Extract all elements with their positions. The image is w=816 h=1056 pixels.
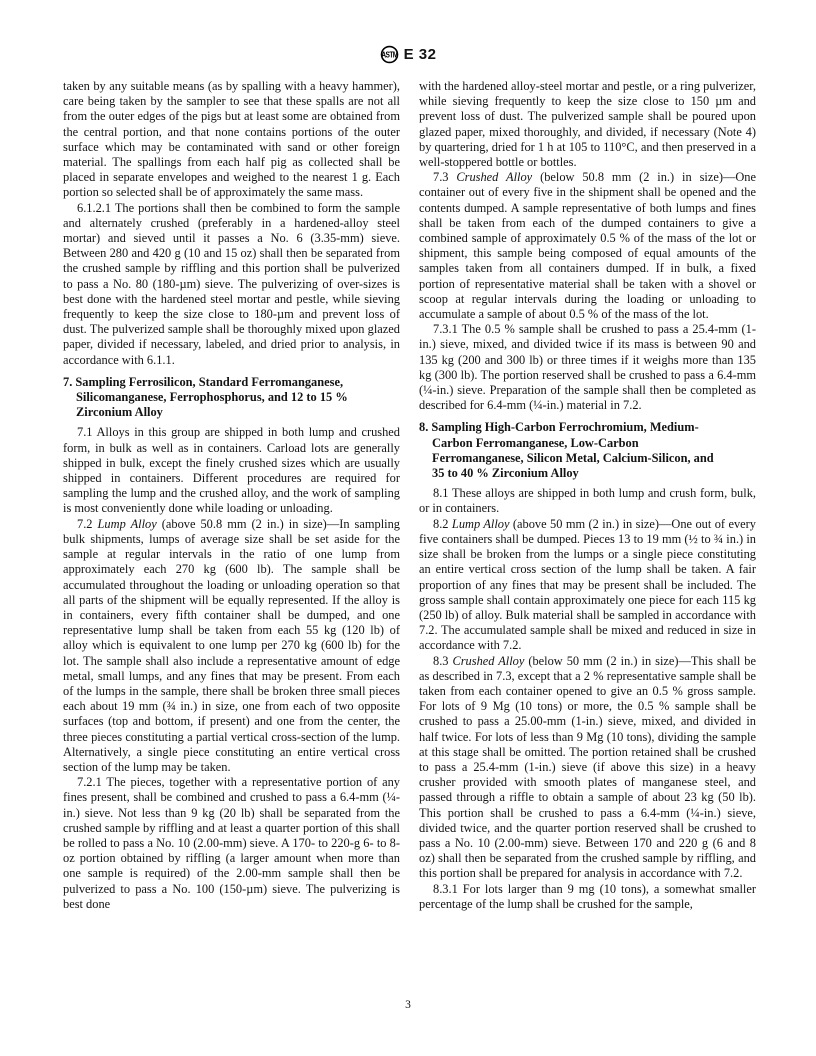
paragraph: 7.2.1 The pieces, together with a repres… [63,775,400,912]
text-run: 7.3 [433,170,456,184]
italic-term: Lump Alloy [452,517,510,531]
heading-line: 35 to 40 % Zirconium Alloy [419,466,756,481]
text-run: (above 50 mm (2 in.) in size)—One out of… [419,517,756,653]
heading-line: 8. Sampling High-Carbon Ferrochromium, M… [419,420,756,435]
left-column: taken by any suitable means (as by spall… [63,79,400,912]
text-run: 8.3 [433,654,452,668]
text-run: (above 50.8 mm (2 in.) in size)—In sampl… [63,517,400,774]
paragraph: with the hardened alloy-steel mortar and… [419,79,756,170]
paragraph: 8.1 These alloys are shipped in both lum… [419,486,756,516]
text-run: 7.2.1 The pieces, together with a repres… [63,775,400,911]
text-run: 7.3.1 The 0.5 % sample shall be crushed … [419,322,756,412]
heading-line: Ferromanganese, Silicon Metal, Calcium-S… [419,451,756,466]
text-run: 7.2 [77,517,98,531]
heading-line: Carbon Ferromanganese, Low-Carbon [419,436,756,451]
svg-text:ASTM: ASTM [381,51,398,60]
paragraph: 7.3.1 The 0.5 % sample shall be crushed … [419,322,756,413]
text-run: 8.2 [433,517,452,531]
right-column: with the hardened alloy-steel mortar and… [419,79,756,912]
paragraph: taken by any suitable means (as by spall… [63,79,400,201]
paragraph: 8.2 Lump Alloy (above 50 mm (2 in.) in s… [419,517,756,654]
document-page: ASTM E 32 taken by any suitable means (a… [0,0,816,1056]
page-number: 3 [405,999,411,1011]
standard-designation: E 32 [404,46,437,63]
text-run: taken by any suitable means (as by spall… [63,79,400,199]
italic-term: Lump Alloy [98,517,157,531]
page-header: ASTM E 32 [0,45,816,64]
paragraph: 7.1 Alloys in this group are shipped in … [63,425,400,516]
text-run: 6.1.2.1 The portions shall then be combi… [63,201,400,367]
section-heading: 8. Sampling High-Carbon Ferrochromium, M… [419,420,756,481]
heading-line: Zirconium Alloy [63,405,400,420]
paragraph: 8.3.1 For lots larger than 9 mg (10 tons… [419,882,756,912]
document-body: taken by any suitable means (as by spall… [63,79,756,912]
section-heading: 7. Sampling Ferrosilicon, Standard Ferro… [63,375,400,421]
paragraph: 7.3 Crushed Alloy (below 50.8 mm (2 in.)… [419,170,756,322]
italic-term: Crushed Alloy [456,170,532,184]
italic-term: Crushed Alloy [452,654,524,668]
heading-line: Silicomanganese, Ferrophosphorus, and 12… [63,390,400,405]
text-run: 8.3.1 For lots larger than 9 mg (10 tons… [419,882,756,911]
astm-logo-icon: ASTM [380,45,399,64]
paragraph: 6.1.2.1 The portions shall then be combi… [63,201,400,368]
text-run: (below 50.8 mm (2 in.) in size)—One cont… [419,170,756,321]
text-run: 8.1 These alloys are shipped in both lum… [419,486,756,515]
text-run: with the hardened alloy-steel mortar and… [419,79,756,169]
paragraph: 8.3 Crushed Alloy (below 50 mm (2 in.) i… [419,654,756,882]
heading-line: 7. Sampling Ferrosilicon, Standard Ferro… [63,375,400,390]
text-run: (below 50 mm (2 in.) in size)—This shall… [419,654,756,881]
paragraph: 7.2 Lump Alloy (above 50.8 mm (2 in.) in… [63,517,400,775]
text-run: 7.1 Alloys in this group are shipped in … [63,425,400,515]
page-footer: 3 [0,999,816,1011]
